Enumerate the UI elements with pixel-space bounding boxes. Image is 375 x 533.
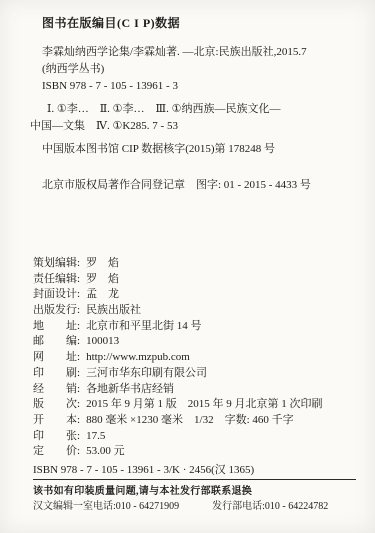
colon: : [77,351,80,363]
colophon-value: 罗 焰 [86,273,119,285]
colophon-value: 各地新华书店经销 [86,383,174,395]
isbn-footer-line: ISBN 978 - 7 - 105 - 13961 - 3/K · 2456(… [33,464,254,477]
colophon-label: 地址 [33,319,77,335]
editorial-phone: 汉文编辑一室电话:010 - 64271909 [33,501,179,512]
colon: : [77,335,80,347]
colon: : [77,320,80,332]
cip-copyright-page: 图书在版编目(C I P)数据 李霖灿纳西学论集/李霖灿著. —北京:民族出版社… [0,0,375,533]
colophon-value: 880 毫米 ×1230 毫米 1/32 字数: 460 千字 [86,414,294,426]
colophon-value: 17.5 [86,430,105,442]
colon: : [77,414,80,426]
colophon-label: 经销 [33,382,77,398]
colophon-row-responsible-editor: 责任编辑:罗 焰 [33,272,323,288]
colophon-label: 印张 [33,429,77,445]
colophon-row-website: 网址:http://www.mzpub.com [33,350,323,366]
colophon-row-postcode: 邮编:100013 [33,334,323,350]
colophon-value: 100013 [86,335,119,347]
cip-header: 图书在版编目(C I P)数据 [42,17,180,30]
colophon-label: 邮编 [33,334,77,350]
classification-line-2: 中国—文集 Ⅳ. ①K285. 7 - 53 [30,120,178,133]
colophon-row-cover-design: 封面设计:孟 龙 [33,287,323,303]
colophon-label: 策划编辑 [33,256,77,272]
colon: : [77,273,80,285]
separator-line [33,479,356,480]
colophon-row-price: 定价:53.00 元 [33,444,323,460]
colophon-label: 网址 [33,350,77,366]
colophon-value: 三河市华东印刷有限公司 [86,367,207,379]
colophon-row-address: 地址:北京市和平里北街 14 号 [33,319,323,335]
copyright-registration-line: 北京市版权局著作合同登记章 图字: 01 - 2015 - 4433 号 [42,179,311,192]
colophon-label: 封面设计 [33,287,77,303]
colophon-label: 版次 [33,397,77,413]
colon: : [77,304,80,316]
cip-record-number-line: 中国版本图书馆 CIP 数据核字(2015)第 178248 号 [42,143,275,156]
colophon-value: 53.00 元 [86,445,125,457]
colophon-value: 罗 焰 [86,257,119,269]
isbn-line: ISBN 978 - 7 - 105 - 13961 - 3 [42,80,178,93]
colon: : [77,383,80,395]
distribution-phone: 发行部电话:010 - 64224782 [212,501,328,512]
colon: : [77,257,80,269]
colophon-row-distributor: 经销:各地新华书店经销 [33,382,323,398]
colophon-label: 定价 [33,444,77,460]
colophon-block: 策划编辑:罗 焰 责任编辑:罗 焰 封面设计:孟 龙 出版发行:民族出版社 地址… [33,256,323,460]
colophon-value: 2015 年 9 月第 1 版 2015 年 9 月北京第 1 次印刷 [86,398,323,410]
colophon-value: http://www.mzpub.com [86,351,190,363]
colon: : [77,367,80,379]
colophon-value: 北京市和平里北街 14 号 [86,320,202,332]
colophon-row-planning-editor: 策划编辑:罗 焰 [33,256,323,272]
colon: : [77,445,80,457]
classification-line-1: Ⅰ. ①李… Ⅱ. ①李… Ⅲ. ①纳西族—民族文化— [47,103,281,116]
colophon-label: 责任编辑 [33,272,77,288]
colophon-label: 出版发行 [33,303,77,319]
book-title-line: 李霖灿纳西学论集/李霖灿著. —北京:民族出版社,2015.7 [42,46,307,59]
colon: : [77,398,80,410]
quality-notice: 该书如有印装质量问题,请与本社发行部联系退换 [33,485,252,498]
colon: : [77,430,80,442]
colophon-row-publisher: 出版发行:民族出版社 [33,303,323,319]
colophon-value: 孟 龙 [86,288,119,300]
colophon-label: 开本 [33,413,77,429]
colophon-label: 印刷 [33,366,77,382]
colophon-row-format: 开本:880 毫米 ×1230 毫米 1/32 字数: 460 千字 [33,413,323,429]
colon: : [77,288,80,300]
colophon-value: 民族出版社 [86,304,141,316]
colophon-row-printer: 印刷:三河市华东印刷有限公司 [33,366,323,382]
colophon-row-sheets: 印张:17.5 [33,429,323,445]
contact-line: 汉文编辑一室电话:010 - 64271909发行部电话:010 - 64224… [33,500,328,513]
colophon-row-edition: 版次:2015 年 9 月第 1 版 2015 年 9 月北京第 1 次印刷 [33,397,323,413]
series-line: (纳西学丛书) [42,63,104,76]
